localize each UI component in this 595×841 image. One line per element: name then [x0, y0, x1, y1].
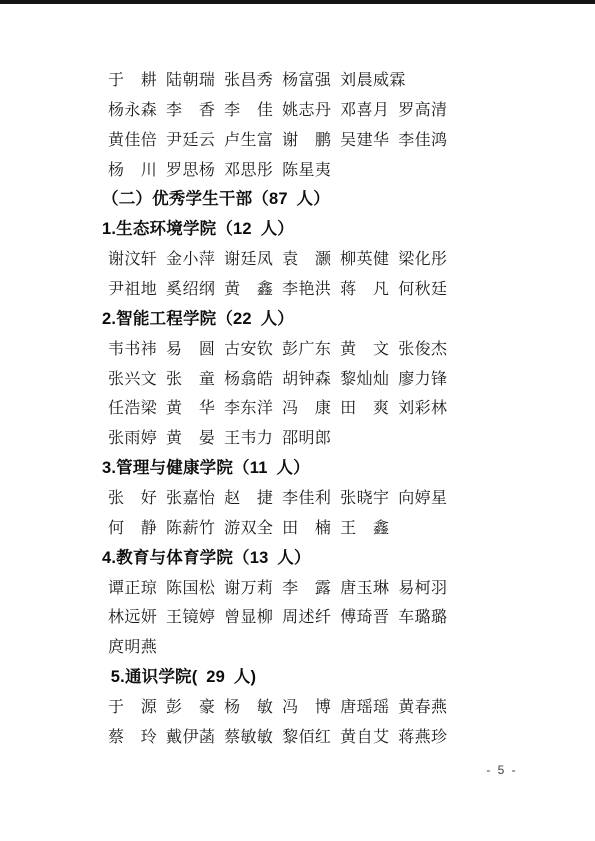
names-row: 张雨婷 黄 晏 王韦力 邵明郎 [102, 424, 502, 454]
names-row: 庹明燕 [102, 633, 502, 663]
names-row: 张 好 张嘉怡 赵 捷 李佳利 张晓宇 向婷星 [102, 484, 502, 514]
names-row: 谭正琼 陈国松 谢万莉 李 露 唐玉琳 易柯羽 [102, 574, 502, 604]
names-row: 谢汶轩 金小萍 谢廷凤 袁 灏 柳英健 梁化彤 [102, 245, 502, 275]
college-heading-ecology: 1.生态环境学院（12 人） [102, 215, 502, 245]
college-heading-general-studies: 5.通识学院( 29 人) [102, 663, 502, 693]
college-heading-education-sports: 4.教育与体育学院（13 人） [102, 544, 502, 574]
names-row: 于 耕 陆朝瑞 张昌秀 杨富强 刘晨威霖 [102, 66, 502, 96]
section-heading-outstanding-cadres: （二）优秀学生干部（87 人） [102, 185, 502, 215]
college-heading-management-health: 3.管理与健康学院（11 人） [102, 454, 502, 484]
names-row: 林远妍 王镜婷 曾显柳 周述纤 傅琦晋 车璐璐 [102, 603, 502, 633]
names-row: 任浩梁 黄 华 李东洋 冯 康 田 爽 刘彩林 [102, 394, 502, 424]
college-heading-intelligent-engineering: 2.智能工程学院（22 人） [102, 305, 502, 335]
document-content: 于 耕 陆朝瑞 张昌秀 杨富强 刘晨威霖 杨永森 李 香 李 佳 姚志丹 邓喜月… [102, 66, 502, 753]
names-row: 韦书祎 易 圆 古安钦 彭广东 黄 文 张俊杰 [102, 335, 502, 365]
names-row: 于 源 彭 豪 杨 敏 冯 博 唐瑶瑶 黄春燕 [102, 693, 502, 723]
names-row: 尹祖地 奚绍纲 黄 鑫 李艳洪 蒋 凡 何秋廷 [102, 275, 502, 305]
names-row: 杨永森 李 香 李 佳 姚志丹 邓喜月 罗高清 [102, 96, 502, 126]
names-row: 蔡 玲 戴伊菡 蔡敏敏 黎佰红 黄自艾 蒋燕珍 [102, 723, 502, 753]
names-row: 何 静 陈薪竹 游双全 田 楠 王 鑫 [102, 514, 502, 544]
names-row: 杨 川 罗思杨 邓思彤 陈星夷 [102, 156, 502, 186]
page-number: - 5 - [480, 762, 524, 778]
names-row: 黄佳倍 尹廷云 卢生富 谢 鹏 吴建华 李佳鸿 [102, 126, 502, 156]
page-top-border [0, 0, 595, 4]
names-row: 张兴文 张 童 杨翕皓 胡钟森 黎灿灿 廖力锋 [102, 365, 502, 395]
